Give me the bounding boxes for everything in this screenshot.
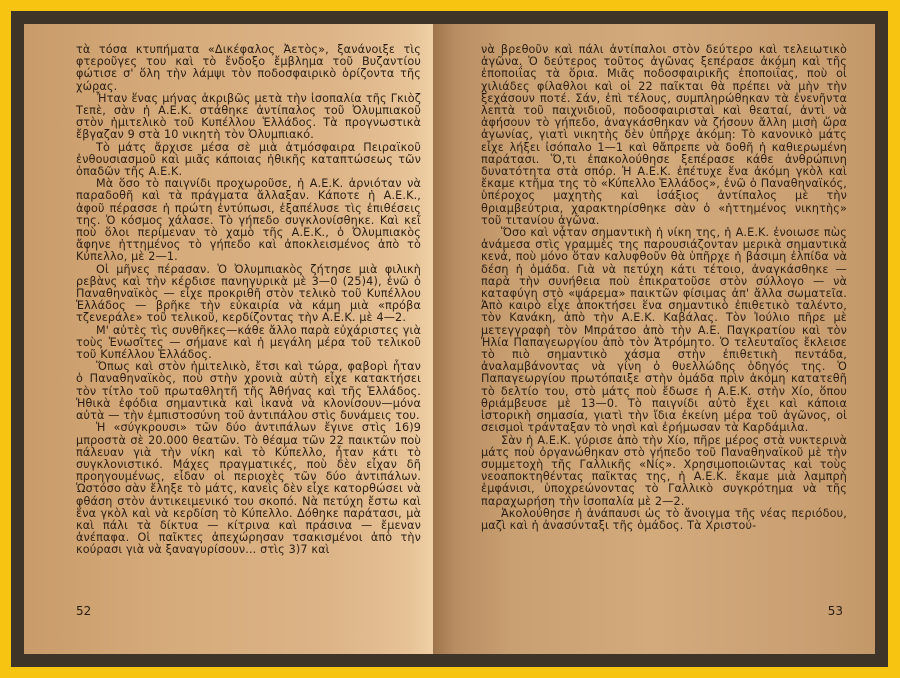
paragraph: Μ' αὐτὲς τὶς συνθῆκες—κάθε ἄλλο παρὰ εὐχ… (76, 325, 421, 362)
right-page-body: νὰ βρεθοῦν καὶ πάλι ἀντίπαλοι στὸν δεύτε… (481, 44, 847, 532)
paragraph: Τὸ μάτς ἄρχισε μέσα σὲ μιὰ ἀτμόσφαιρα Πε… (76, 142, 421, 179)
book-spread: τὰ τόσα κτυπήματα «Δικέφαλος Ἀετὸς», ξαν… (24, 24, 875, 654)
paragraph: Ὅπως καὶ στὸν ἡμιτελικὸ, ἔτσι καὶ τώρα, … (76, 361, 421, 422)
paragraph: Ἦταν ἕνας μήνας ἀκριβῶς μετὰ τὴν ἰσοπαλί… (76, 93, 421, 142)
left-page: τὰ τόσα κτυπήματα «Δικέφαλος Ἀετὸς», ξαν… (24, 24, 433, 654)
paragraph: Ἡ «σύγκρουσι» τῶν δύο ἀντιπάλων ἔγινε στ… (76, 422, 421, 556)
paragraph: Ὅσο καὶ νᾆταν σημαντικὴ ἡ νίκη της, ἡ Α.… (481, 227, 847, 434)
right-page: νὰ βρεθοῦν καὶ πάλι ἀντίπαλοι στὸν δεύτε… (433, 24, 875, 654)
page-number-left: 52 (76, 604, 91, 618)
page-number-right: 53 (828, 604, 843, 618)
paragraph: Οἱ μῆνες πέρασαν. Ὁ Ὀλυμπιακὸς ζήτησε μι… (76, 264, 421, 325)
left-page-body: τὰ τόσα κτυπήματα «Δικέφαλος Ἀετὸς», ξαν… (76, 44, 421, 557)
paragraph: Σὰν ἡ Α.Ε.Κ. γύρισε ἀπὸ τὴν Χίο, πῆρε μέ… (481, 435, 847, 508)
paragraph: Μὰ ὅσο τὸ παιγνίδι προχωροῦσε, ἡ Α.Ε.Κ. … (76, 178, 421, 263)
paragraph: Ἀκολούθησε ἡ ἀνάπαυσι ὡς τὸ ἄνοιγμα τῆς … (481, 508, 847, 532)
paragraph: νὰ βρεθοῦν καὶ πάλι ἀντίπαλοι στὸν δεύτε… (481, 44, 847, 227)
paragraph: τὰ τόσα κτυπήματα «Δικέφαλος Ἀετὸς», ξαν… (76, 44, 421, 93)
